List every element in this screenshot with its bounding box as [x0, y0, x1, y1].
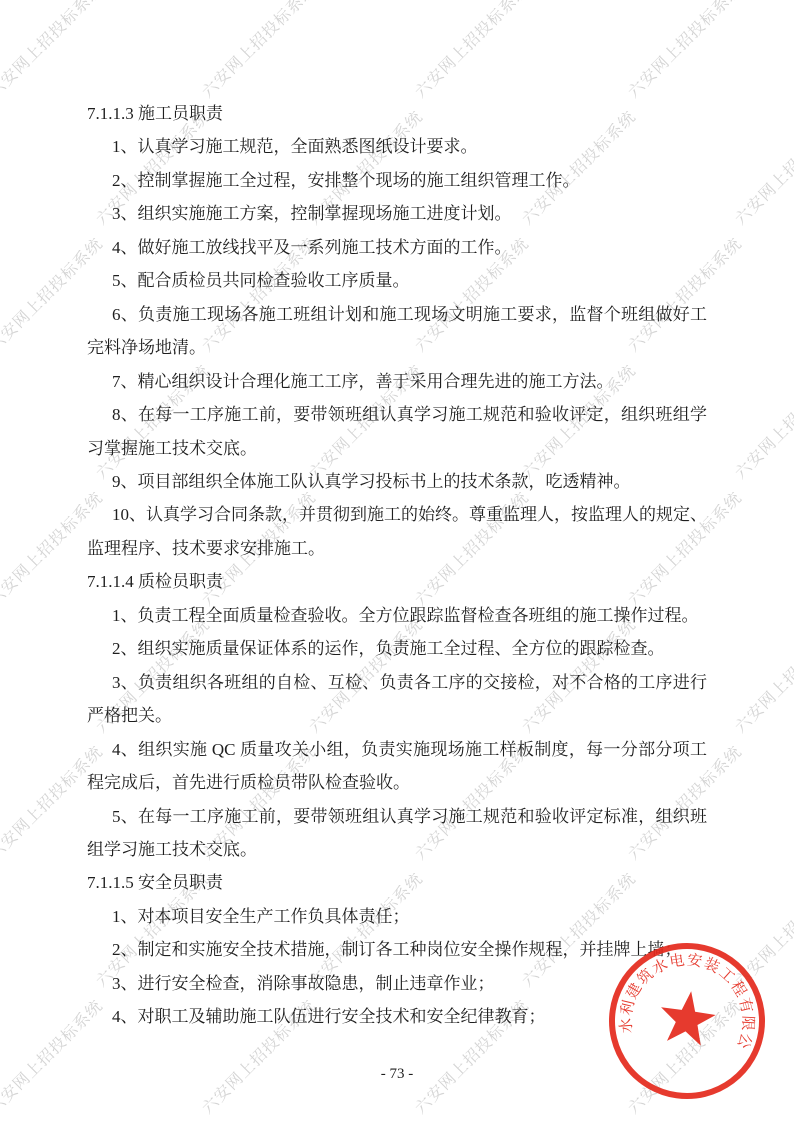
- list-item: 3、组织实施施工方案，控制掌握现场施工进度计划。: [87, 197, 707, 230]
- list-item: 1、认真学习施工规范，全面熟悉图纸设计要求。: [87, 130, 707, 163]
- watermark-text: 六安网上招投标系统: [0, 359, 1, 483]
- watermark-text: 六安网上招投标系统: [0, 105, 1, 229]
- list-item: 1、负责工程全面质量检查验收。全方位跟踪监督检查各班组的施工操作过程。: [87, 599, 707, 632]
- watermark-text: 六安网上招投标系统: [0, 613, 1, 737]
- section-heading: 7.1.1.3 施工员职责: [87, 97, 707, 130]
- watermark-text: 六安网上招投标系统: [0, 867, 1, 991]
- list-item: 8、在每一工序施工前，要带领班组认真学习施工规范和验收评定，组织班组学习掌握施工…: [87, 398, 707, 465]
- list-item: 2、制定和实施安全技术措施，制订各工种岗位安全操作规程，并挂牌上墙；: [87, 933, 707, 966]
- document-content: 7.1.1.3 施工员职责1、认真学习施工规范，全面熟悉图纸设计要求。2、控制掌…: [87, 0, 707, 1034]
- list-item: 3、负责组织各班组的自检、互检、负责各工序的交接检，对不合格的工序进行严格把关。: [87, 666, 707, 733]
- watermark-text: 六安网上招投标系统: [729, 105, 794, 229]
- list-item: 5、在每一工序施工前，要带领班组认真学习施工规范和验收评定标准，组织班组学习施工…: [87, 800, 707, 867]
- document-page: 六安网上招投标系统六安网上招投标系统六安网上招投标系统六安网上招投标系统六安网上…: [0, 0, 794, 1122]
- list-item: 9、项目部组织全体施工队认真学习投标书上的技术条款，吃透精神。: [87, 465, 707, 498]
- list-item: 10、认真学习合同条款，并贯彻到施工的始终。尊重监理人，按监理人的规定、监理程序…: [87, 498, 707, 565]
- list-item: 2、控制掌握施工全过程，安排整个现场的施工组织管理工作。: [87, 164, 707, 197]
- list-item: 6、负责施工现场各施工班组计划和施工现场文明施工要求，监督个班组做好工完料净场地…: [87, 298, 707, 365]
- list-item: 1、对本项目安全生产工作负具体责任；: [87, 900, 707, 933]
- list-item: 4、组织实施 QC 质量攻关小组，负责实施现场施工样板制度，每一分部分项工程完成…: [87, 733, 707, 800]
- watermark-text: 六安网上招投标系统: [729, 359, 794, 483]
- list-item: 3、进行安全检查，消除事故隐患，制止违章作业；: [87, 967, 707, 1000]
- section-heading: 7.1.1.4 质检员职责: [87, 565, 707, 598]
- watermark-text: 六安网上招投标系统: [729, 867, 794, 991]
- page-footer: - 73 -: [0, 1066, 794, 1083]
- watermark-text: 六安网上招投标系统: [729, 613, 794, 737]
- list-item: 2、组织实施质量保证体系的运作，负责施工全过程、全方位的跟踪检查。: [87, 632, 707, 665]
- list-item: 4、对职工及辅助施工队伍进行安全技术和安全纪律教育；: [87, 1000, 707, 1033]
- list-item: 5、配合质检员共同检查验收工序质量。: [87, 264, 707, 297]
- list-item: 4、做好施工放线找平及一系列施工技术方面的工作。: [87, 231, 707, 264]
- section-heading: 7.1.1.5 安全员职责: [87, 866, 707, 899]
- page-number: - 73 -: [381, 1066, 414, 1082]
- list-item: 7、精心组织设计合理化施工工序，善于采用合理先进的施工方法。: [87, 365, 707, 398]
